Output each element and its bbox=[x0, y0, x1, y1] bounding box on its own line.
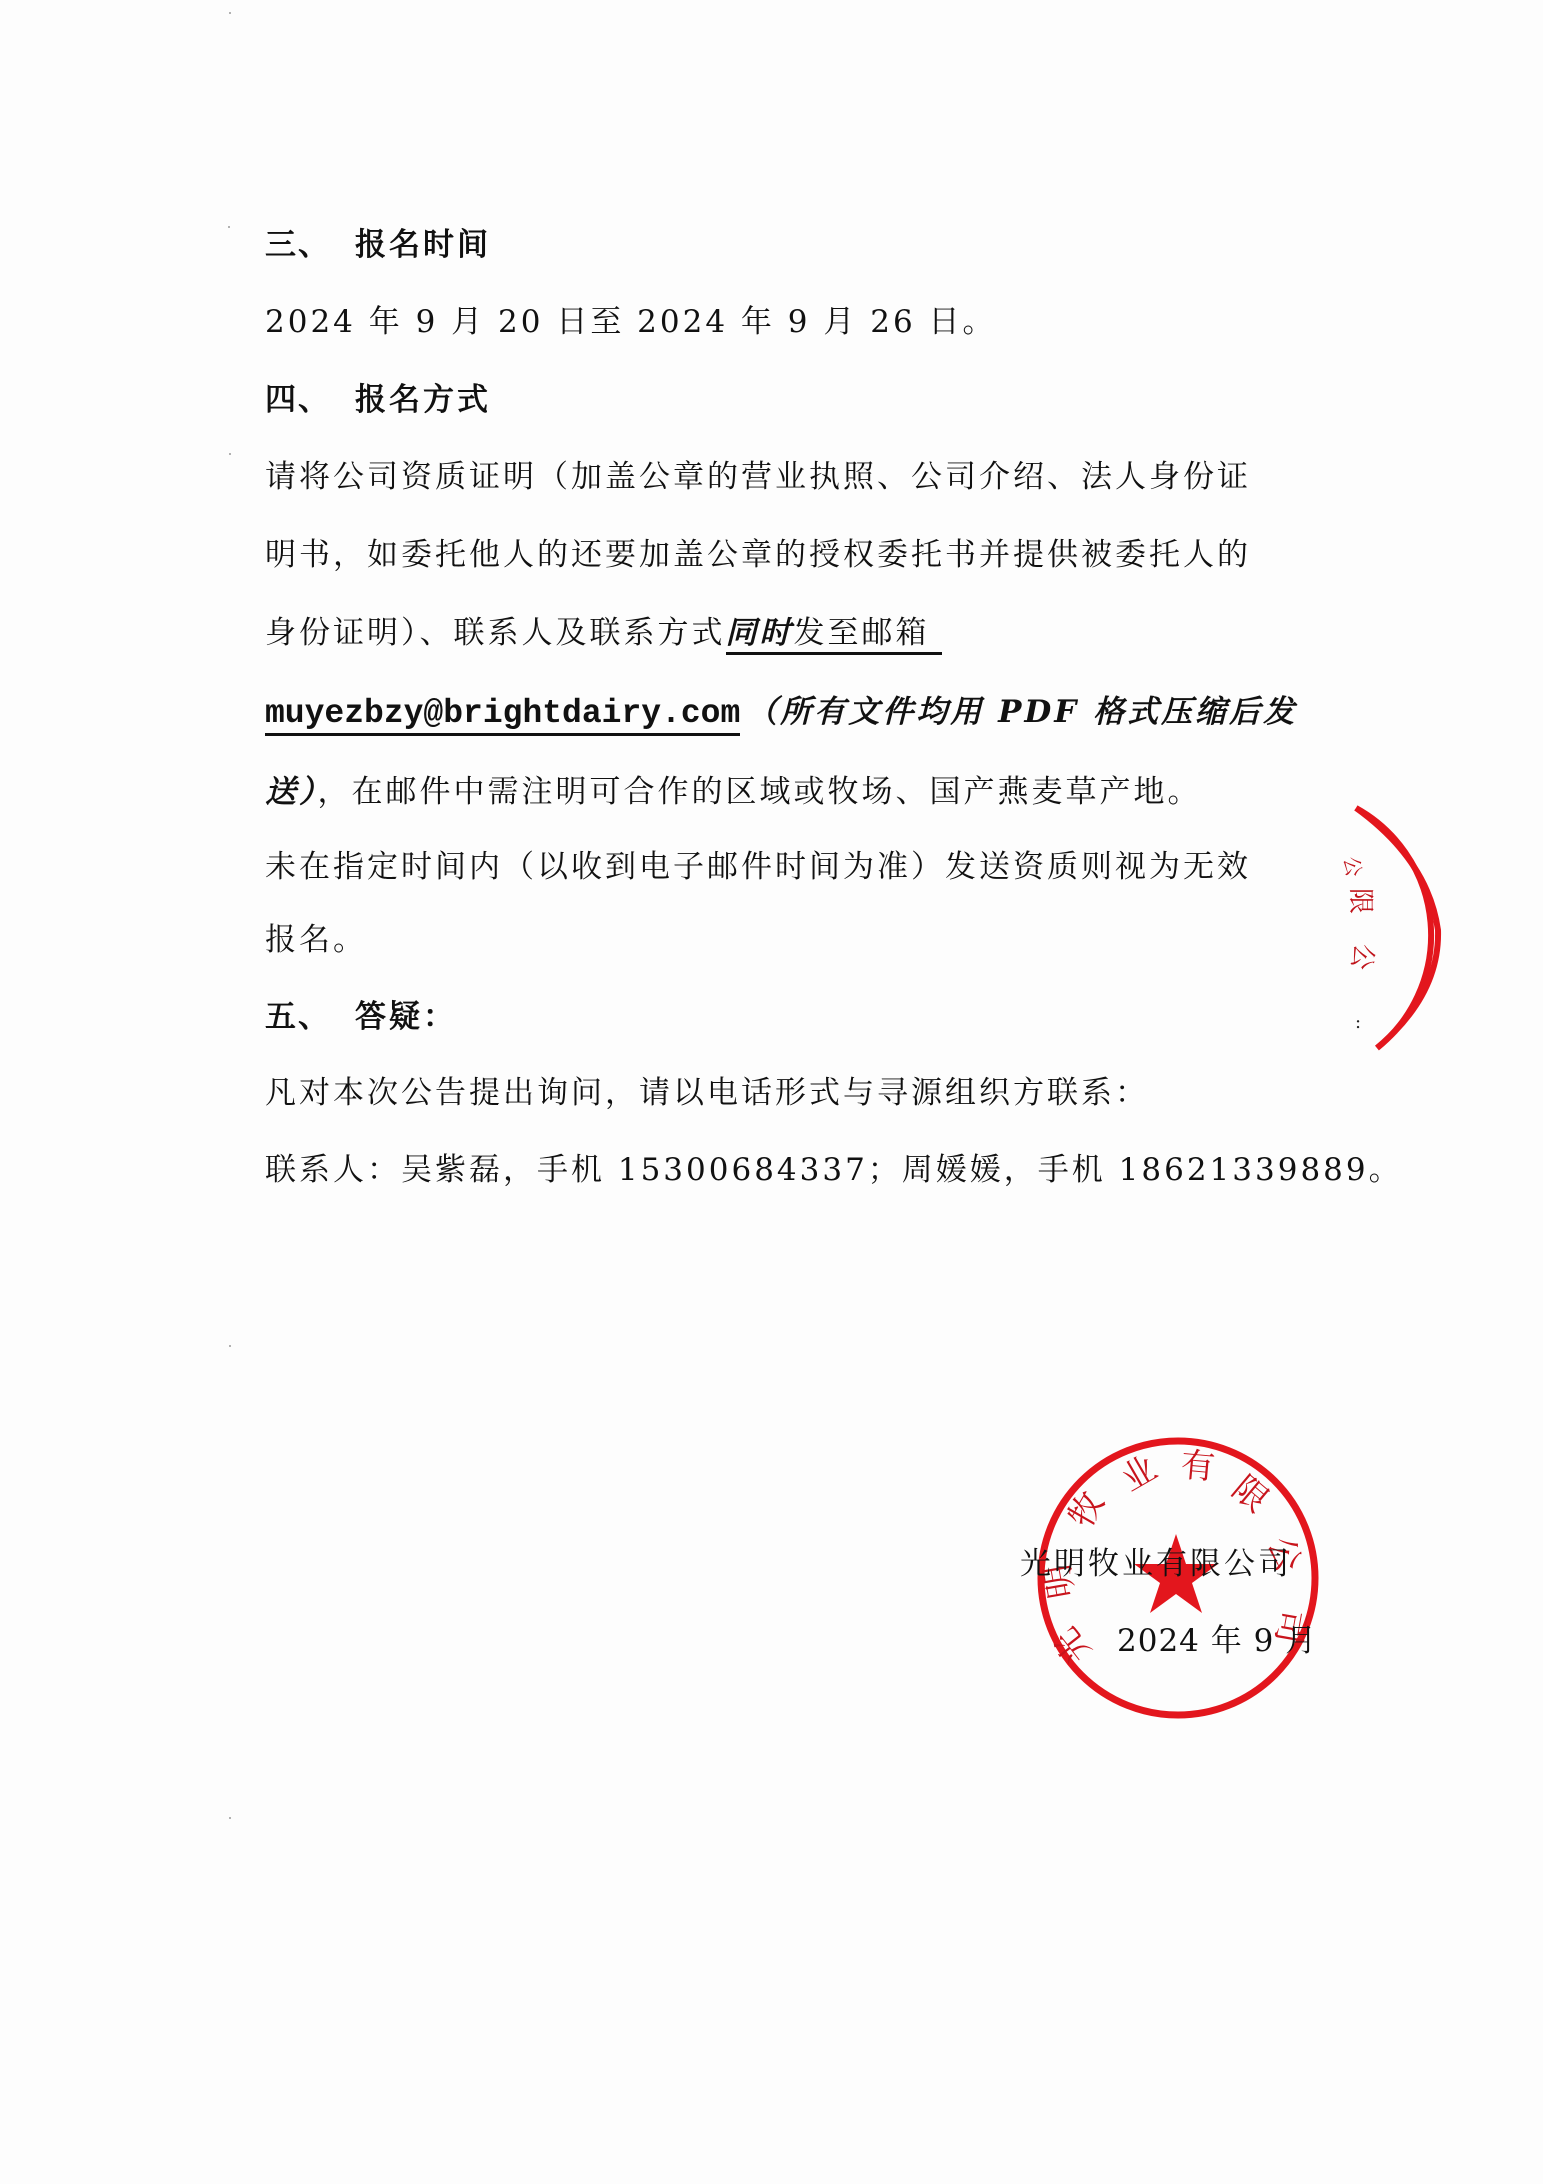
scan-artifact bbox=[228, 226, 230, 228]
text-segment: 身份证明）、联系人及联系方式 bbox=[265, 615, 726, 651]
contact-line: 联系人：吴紫磊，手机 15300684337；周媛媛，手机 1862133988… bbox=[265, 1150, 1403, 1190]
signature-company: 光明牧业有限公司 bbox=[1020, 1538, 1292, 1583]
partial-seal-icon: 公 限 公 : bbox=[1300, 780, 1543, 1080]
section-title: 报名时间 bbox=[355, 227, 491, 263]
svg-text:有: 有 bbox=[1179, 1445, 1216, 1488]
paragraph-line: 未在指定时间内（以收到电子邮件时间为准）发送资质则视为无效 bbox=[265, 847, 1251, 887]
svg-text:限: 限 bbox=[1345, 888, 1375, 914]
svg-text:公: 公 bbox=[1339, 855, 1366, 879]
section-heading-registration-time: 三、报名时间 bbox=[265, 225, 491, 265]
document-page: 三、报名时间 2024 年 9 月 20 日至 2024 年 9 月 26 日。… bbox=[0, 0, 1543, 2184]
email-link[interactable]: muyezbzy@brightdairy.com bbox=[265, 695, 740, 736]
text-segment: 发至邮箱 bbox=[794, 615, 930, 651]
file-format-note-end: 送） bbox=[265, 774, 318, 810]
file-format-note: （所有文件均用 PDF 格式压缩后发 bbox=[746, 694, 1297, 730]
scan-artifact bbox=[229, 12, 231, 14]
paragraph-line: 明书，如委托他人的还要加盖公章的授权委托书并提供被委托人的 bbox=[265, 535, 1251, 575]
section-heading-registration-method: 四、报名方式 bbox=[265, 380, 491, 420]
paragraph-line: 身份证明）、联系人及联系方式同时发至邮箱 bbox=[265, 613, 942, 653]
svg-text::: : bbox=[1355, 1012, 1361, 1033]
registration-period: 2024 年 9 月 20 日至 2024 年 9 月 26 日。 bbox=[265, 302, 997, 342]
section-title: 答疑： bbox=[355, 999, 457, 1035]
scan-artifact bbox=[229, 1817, 231, 1819]
section-title: 报名方式 bbox=[355, 382, 491, 418]
underlined-instruction: 同时发至邮箱 bbox=[726, 615, 943, 655]
paragraph-line: 送），在邮件中需注明可合作的区域或牧场、国产燕麦草产地。 bbox=[265, 772, 1202, 812]
section-heading-qa: 五、答疑： bbox=[265, 997, 457, 1037]
section-number: 四、 bbox=[265, 380, 355, 420]
paragraph-line: 请将公司资质证明（加盖公章的营业执照、公司介绍、法人身份证 bbox=[265, 457, 1251, 497]
signature-date: 2024 年 9 月 bbox=[1117, 1615, 1317, 1660]
paragraph-line: muyezbzy@brightdairy.com（所有文件均用 PDF 格式压缩… bbox=[265, 692, 1297, 732]
scan-artifact bbox=[229, 453, 231, 455]
emphasis-text: 同时 bbox=[726, 615, 794, 651]
text-segment: ，在邮件中需注明可合作的区域或牧场、国产燕麦草产地。 bbox=[318, 774, 1202, 810]
section-number: 三、 bbox=[265, 225, 355, 265]
scan-artifact bbox=[229, 1345, 231, 1347]
svg-text:公: 公 bbox=[1345, 941, 1379, 972]
svg-text:光: 光 bbox=[1047, 1620, 1099, 1671]
paragraph-line: 报名。 bbox=[265, 920, 367, 960]
paragraph-line: 凡对本次公告提出询问，请以电话形式与寻源组织方联系： bbox=[265, 1073, 1149, 1113]
section-number: 五、 bbox=[265, 997, 355, 1037]
